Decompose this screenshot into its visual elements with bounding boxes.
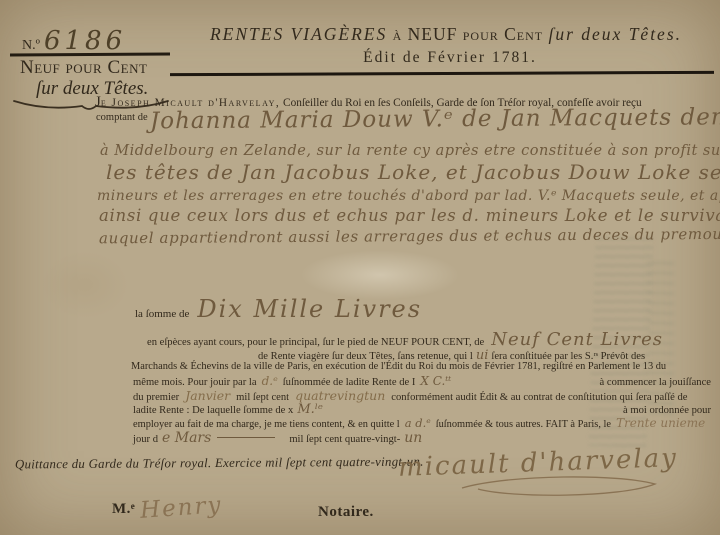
sum-label: la ſomme de bbox=[135, 308, 189, 320]
quittance-note: Quittance du Garde du Tréſor royal. Exer… bbox=[15, 455, 424, 473]
paper-stain bbox=[40, 250, 130, 320]
number-value: 6186 bbox=[44, 26, 126, 56]
title-tail: ſur deux Têtes. bbox=[548, 24, 682, 44]
printed-text: à moi ordonnée pour bbox=[623, 405, 711, 416]
manuscript-recipient-line: Johanna Maria Douw V.ᵉ de Jan Macquets d… bbox=[150, 104, 720, 135]
execution-line: Marchands & Échevins de la ville de Pari… bbox=[131, 361, 666, 372]
number-label: N.º bbox=[22, 38, 40, 53]
manuscript-line: les têtes de Jan Jacobus Loke, et Jacobu… bbox=[106, 160, 720, 184]
manuscript-line: à Middelbourg en Zelande, sur la rente c… bbox=[100, 143, 720, 159]
rate-amount-manuscript: Neuf Cent Livres bbox=[491, 329, 663, 350]
title-main: RENTES VIAGÈRES bbox=[210, 24, 387, 44]
manuscript-insert: a d.ᵉ bbox=[405, 416, 431, 430]
document-title: RENTES VIAGÈRES à NEUF pour Cent ſur deu… bbox=[178, 24, 714, 45]
notary-name-manuscript: Henry bbox=[139, 492, 223, 524]
printed-text: jour d bbox=[133, 434, 158, 445]
printed-text: à commencer la jouiſſance bbox=[600, 377, 711, 388]
comptant-label: comptant de bbox=[96, 112, 148, 123]
manuscript-insert: X C.ᵗᵗ bbox=[420, 374, 451, 388]
manuscript-line: ainsi que ceux lors dus et echus par les… bbox=[99, 206, 720, 225]
manuscript-insert: d.ᵉ bbox=[262, 374, 278, 388]
manuscript-line: mineurs et les arrerages en etre touchés… bbox=[97, 188, 720, 204]
printed-text: ſuſnommée & tous autres. FAIT à Paris, l… bbox=[436, 419, 611, 430]
paper-highlight bbox=[300, 250, 460, 300]
somme-line: ladite Rente : De laquelle ſomme de x M.… bbox=[133, 402, 711, 417]
quitte-line: employer au fait de ma charge, je me tie… bbox=[133, 416, 705, 430]
printed-text: ladite Rente : De laquelle ſomme de x bbox=[133, 405, 293, 416]
document-subtitle: Édit de Février 1781. bbox=[300, 49, 600, 67]
title-mid: à NEUF pour Cent bbox=[393, 24, 544, 44]
certificate-number: N.º6186 bbox=[22, 26, 126, 56]
manuscript-day: Trente unieme bbox=[616, 416, 705, 430]
printed-text: employer au fait de ma charge, je me tie… bbox=[133, 419, 400, 430]
notary-label: M.ᵉ bbox=[112, 501, 135, 518]
sum-amount-manuscript: Dix Mille Livres bbox=[197, 295, 422, 323]
manuscript-year: quatrevingtun bbox=[295, 388, 385, 403]
printed-text: ſuſnommée de ladite Rente de I bbox=[283, 377, 416, 388]
manuscript-year-end: un bbox=[404, 430, 422, 446]
document-sheet: N.º6186 Neuf pour Cent ſur deux Têtes. R… bbox=[0, 0, 720, 535]
notary-title: Notaire. bbox=[318, 504, 374, 521]
header-rule bbox=[170, 71, 714, 76]
printed-text: mil ſept cent quatre-vingt- bbox=[289, 434, 400, 445]
manuscript-insert: M.ˡᵉ bbox=[297, 402, 323, 417]
printed-text: même mois. Pour jouir par la bbox=[133, 377, 257, 388]
manuscript-month: e Mars bbox=[162, 430, 211, 446]
rate-line: en eſpèces ayant cours, pour le principa… bbox=[147, 329, 663, 350]
manuscript-dash bbox=[217, 436, 275, 438]
sum-line: la ſomme de Dix Mille Livres bbox=[135, 295, 422, 323]
rate-printed: en eſpèces ayant cours, pour le principa… bbox=[147, 337, 484, 348]
manuscript-month: Janvier bbox=[185, 388, 230, 403]
jouissance-line: même mois. Pour jouir par la d.ᵉ ſuſnomm… bbox=[133, 374, 711, 388]
signature-flourish-icon bbox=[450, 474, 670, 502]
rente-class-line1: Neuf pour Cent bbox=[20, 57, 147, 79]
final-date-line: jour d e Mars mil ſept cent quatre-vingt… bbox=[133, 430, 422, 446]
date-start-line: du premier Janvier mil ſept cent quatrev… bbox=[133, 388, 688, 403]
